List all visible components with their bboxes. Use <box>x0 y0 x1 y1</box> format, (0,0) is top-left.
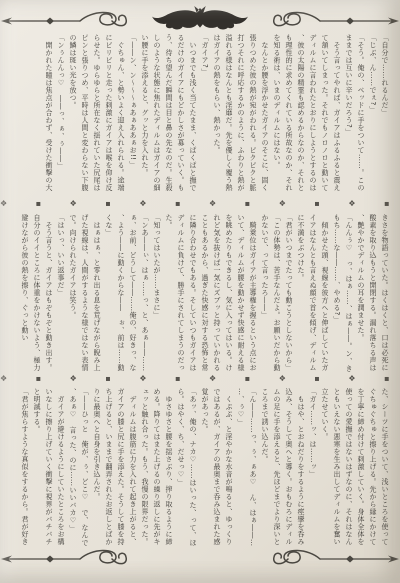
text-column: 避けながら彼の熱を擦り、ぐっと動い <box>19 214 31 377</box>
text-column: 、あぁ♡ 言った、のに……いいバカ♡」 <box>67 388 79 551</box>
text-column: はガイアの熱をもらい、熱かった。 <box>211 34 223 197</box>
text-column: くな」 <box>103 214 115 377</box>
text-column: にビリビリと走った刺激にガイアは喉を仰け反 <box>103 34 115 197</box>
text-column: 「ん――……っ、ぅ、ぁあ♡ ん、はぁ――… <box>247 388 259 551</box>
text-column: て頷いてしまった。それでもノロノロと動いて <box>319 34 331 197</box>
text-column: かないで、って言ったろ――」 <box>259 214 271 377</box>
text-column: の鱗は斑い光を放つ。 <box>67 34 79 197</box>
text-column: を丁寧に締め付けて刺激していく。身体全体を <box>355 388 367 551</box>
text-column: た。 <box>163 214 175 377</box>
bottom-border-rule <box>0 548 400 570</box>
text-column: 「ガイア?」 <box>199 34 211 197</box>
text-column: 込み、そうして奥へと導く。おもむろにディル <box>283 388 295 551</box>
text-column: ピンと張りつめ、平時は人間と変わらない下腹 <box>79 34 91 197</box>
text-column: で。向けられたガイアは笑う。 <box>67 214 79 377</box>
text-column: れど気を抜けば一気にズブッと持っていかれる <box>211 214 223 377</box>
text-column: げた視線は、人間がするような様ではない表情 <box>79 214 91 377</box>
text-column: いなしに擦り上げていく衝撃に視界がバチバチ <box>43 388 55 551</box>
text-column: 「そう。俺の、ベッドに手をついて……。この <box>355 34 367 197</box>
text-column: ガイアの膝と尻に手を添えた。そうして膝を持 <box>115 388 127 551</box>
text-column: 「知ってはいたが……まさに」 <box>151 214 163 377</box>
text-column: 「あッ、俺の、ナカ♡……はいった、って、ほ <box>187 388 199 551</box>
book-page: 「自分で……れるんだ」「じぶ、ん……でぇ?」「そう。俺の、ベッドに手をついて……… <box>0 0 400 583</box>
text-column: を知る術は、いまのディルムにはない。 <box>271 34 283 197</box>
text-column: くぷぷ、と淫やかな水音が鳴ると、ゆっくり <box>223 388 235 551</box>
text-column: ディルムに言われたとおりにしようとするのは <box>307 34 319 197</box>
text-column: 「ガイ……ッ、は……ッ」 <box>307 388 319 551</box>
text-column: ままでは互いに辛いだろう?」 <box>343 34 355 197</box>
text-column: 自分のイイところに体重をかけないよう、極力 <box>31 214 43 377</box>
scroll-flourish-right <box>274 12 320 25</box>
text-column: こともあるから、過ぎた快感に対する恐怖と常 <box>199 214 211 377</box>
text-column: と明滅する。 <box>31 388 43 551</box>
text-column: 「自分で……れるんだ」 <box>379 34 391 197</box>
text-band-1: 「自分で……れるんだ」「じぶ、ん……でぇ?」「そう。俺の、ベッドに手をついて……… <box>0 34 400 197</box>
text-column: 開かれた瞳は焦点が合わず、受けた衝撃の大 <box>43 34 55 197</box>
text-column: いつまでも浅く当てたまま、くぱくぱと撫で <box>187 34 199 197</box>
text-column: 、よう――に動くからな―― ぉ、前は……動 <box>115 214 127 377</box>
text-column: を眺めたりもできるし、気に入ってはいる。け <box>223 214 235 377</box>
text-column: もはや、とおねだりをするように痙攣を呑み <box>295 388 307 551</box>
text-column: 「君が焦らすような真似をするから。君が好き <box>19 388 31 551</box>
text-column: ち上げると、いままで翻弄されたお返しとばか <box>103 388 115 551</box>
text-band-3: た、シーツに手をついて、浅いところを使ってぐちゅぐちゅと擦り上げる。先から縁にか… <box>0 388 400 551</box>
text-column: 立たせていく。 <box>319 388 331 551</box>
divider-row-2: ❖ ▪ ❖ ▪ ❖ ▪ ❖ ▪ ❖ ▪ ❖ ▪ ❖ ▪ ❖ <box>0 371 400 387</box>
text-column: 「んんぅ♡ っ、はぁ……、はぁ――。ン、き <box>343 214 355 377</box>
text-column: 溢れる様はなんとも淫靡だ。先を優しく覆う熱 <box>223 34 235 197</box>
text-column: ころまで誘い込んだ。 <box>259 388 271 551</box>
text-column: 「――ひっと 俺が、ぅ、どこ♡ で、なんで <box>79 388 91 551</box>
text-column: ぐちゅぐちゅと擦り上げる。先から縁にかけて <box>367 388 379 551</box>
text-column: ぐちゅん、と勢いよく迎え入れられる。途端 <box>115 34 127 197</box>
text-column: ともいえない悪寒を生み出してディルムを奮い <box>331 388 343 551</box>
text-column: きさを物語っていた。はくはくと、口は必死に <box>379 214 391 377</box>
text-column: 打つそれに呼応するかのように、ふわりと熱が <box>235 34 247 197</box>
text-column: しのような状態に焦れたディルムはガイアの細 <box>151 34 163 197</box>
text-column: なんとか腰を浮かせたガイアのそこに、固く <box>259 34 271 197</box>
text-column: ムの足に手を添えると、先ほどまでより深いと <box>271 388 283 551</box>
text-column: そう言うと、ガイアはもぞもぞと動き出す。 <box>43 214 55 377</box>
text-column: 「ンぅんんっ♡ ――っ、ぁ、ぅ――」 <box>55 34 67 197</box>
scroll-flourish-left <box>80 550 126 563</box>
text-column: た、シーツに手をついて、浅いところを使って <box>379 388 391 551</box>
text-column: ディルムに負けて、勝手にされてしまうのだっ <box>175 214 187 377</box>
text-column: に隣り合わせでもある。そしていつもガイアは <box>187 214 199 377</box>
text-column: 張りつめた彼の熱が宛がわれる。ピクピクと脈 <box>247 34 259 197</box>
text-column: ら。はやく、ち、だせっ♡」 <box>175 388 187 551</box>
text-column: も理性的に求めてくれている所故なのか、それ <box>283 34 295 197</box>
text-column: ガイアが避けるようにしていたところをお構 <box>55 388 67 551</box>
text-column: 、彼の太陽の精霊も認めるからなのか、それと <box>295 34 307 197</box>
text-column: 、艶やかでディルムの耳を潤ませた。 <box>355 214 367 377</box>
text-column: ディルムは腹筋に力を入れて起き上がると、 <box>127 388 139 551</box>
text-column: う、待ち望んだ瞬間は目と鼻の先なのだ。生殺 <box>163 34 175 197</box>
text-column: 「この体勢は、苦手なんだよ。お願いだから動 <box>271 214 283 377</box>
divider-row-1: ❖ ▪ ❖ ▪ ❖ ▪ ❖ ▪ ❖ ▪ ❖ ▪ ❖ ▪ ❖ <box>0 196 400 212</box>
text-column: はぁはぁ、と零れ出る息を荒げながら睨み上 <box>91 214 103 377</box>
text-column: ゆさゆさと腰を揺さぶり、搾り取るように締 <box>163 388 175 551</box>
text-column: ぁ、お前、どうして――……俺の、好きっ、な <box>127 214 139 377</box>
text-column: ュッと触れ合った。もう、我慢の限界だった。 <box>139 388 151 551</box>
text-column: 傾かせた頭、視線を彼方へと伸ばしていたガ <box>319 214 331 377</box>
text-column: 騎乗位はガイアが主導権を握るという点にお <box>247 214 259 377</box>
text-column: 覚があった。 <box>199 388 211 551</box>
text-column: に不満をぶつけた。 <box>295 214 307 377</box>
text-column: そう言ってやれば、ガイアはふるふると震え <box>331 34 343 197</box>
text-column: …、ぅ♡」 <box>235 388 247 551</box>
text-column: 酸素を取り込もうと開閉する。漏れ落ちる声は <box>367 214 379 377</box>
scroll-flourish-left <box>80 12 126 25</box>
text-column: める。降りてはまた上げるの繰り返しに先がキ <box>151 388 163 551</box>
text-column: 「ンあ――ぃ、はぁ……っ、と、あぁ――…… <box>139 214 151 377</box>
text-column: りに最奥へと自身を引き込んだ。 <box>91 388 103 551</box>
scroll-flourish-right <box>274 550 320 563</box>
text-column: 使っての愛撫ではないはずなのに、それはなん <box>343 388 355 551</box>
text-column: 「じぶ、ん……でぇ?」 <box>367 34 379 197</box>
text-column: らせた。ゆらゆらと所在なく揺れていた尻尾は <box>91 34 103 197</box>
bat-icon <box>152 4 248 31</box>
text-column: い腰に手を添えると、グッと力を入れた。 <box>139 34 151 197</box>
text-column: イアはなんとも言えぬ顔で首を傾げ、ディルム <box>307 214 319 377</box>
text-column: ではあるが、ガイアの最奥まで呑み込まれた感 <box>211 388 223 551</box>
text-column: るだけのガイアにもどかしさが募っていく。も <box>175 34 187 197</box>
text-column: いて、ディルムが腰を動かせず快感に耐える様 <box>235 214 247 377</box>
text-column: 「君がいつまでたっても動こうとしないから」 <box>283 214 295 377</box>
text-column: 「――ン、ン〜〜〜ぁあぁああぁお!!」 <box>127 34 139 197</box>
text-band-2: きさを物語っていた。はくはくと、口は必死に酸素を取り込もうと開閉する。漏れ落ちる… <box>0 214 400 377</box>
text-column: もち……な――……、やめる?」 <box>331 214 343 377</box>
text-column: 「はいっ、いい返事だ」 <box>55 214 67 377</box>
